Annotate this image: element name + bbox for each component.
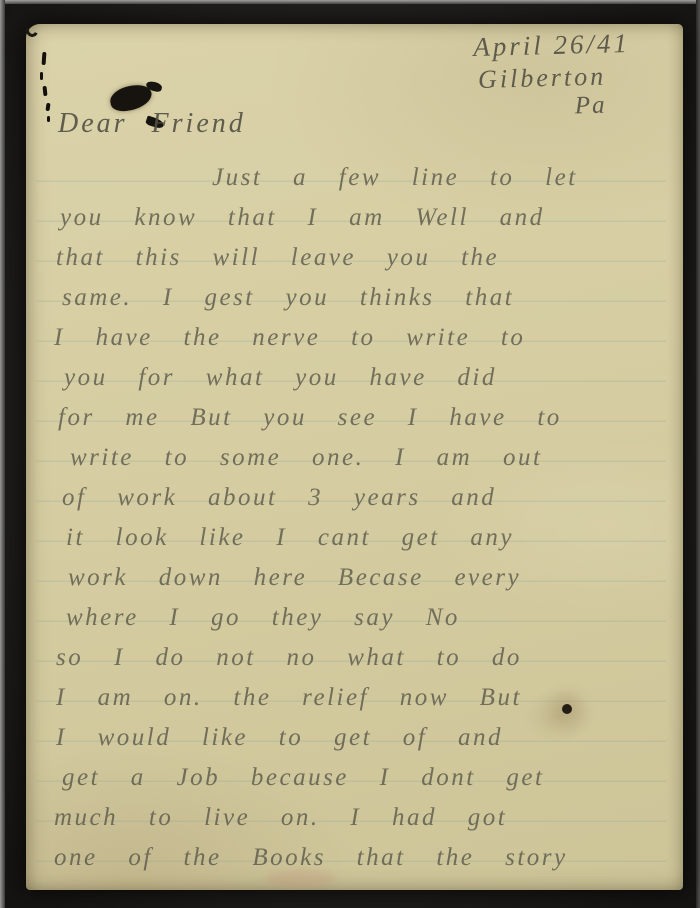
- letter-line: write to some one. I am out: [70, 438, 654, 478]
- scan-edge-right: [696, 0, 700, 908]
- letter-line: I am on. the relief now But: [56, 678, 654, 718]
- edge-tear-mark: [47, 116, 50, 122]
- letter-line: I have the nerve to write to: [54, 318, 654, 358]
- letter-state: Pa: [575, 91, 632, 120]
- edge-tear-mark: [42, 52, 47, 65]
- scan-edge-left: [0, 0, 5, 908]
- letter-line: one of the Books that the story: [54, 838, 654, 878]
- letter-line: you know that I am Well and: [60, 198, 654, 238]
- letter-line: where I go they say No: [66, 598, 654, 638]
- letter-line: Just a few line to let: [54, 158, 654, 198]
- ink-mark: [24, 22, 40, 38]
- letter-line: I would like to get of and: [56, 718, 654, 758]
- letter-line: that this will leave you the: [56, 238, 654, 278]
- letter-line: it look like I cant get any: [66, 518, 654, 558]
- letter-salutation: Dear Friend: [58, 108, 246, 140]
- edge-tear-mark: [42, 86, 47, 96]
- letter-date: April 26/41: [473, 28, 631, 63]
- letter-line: of work about 3 years and: [62, 478, 654, 518]
- letter-line: much to live on. I had got: [54, 798, 654, 838]
- letter-paper: April 26/41 Gilberton Pa Dear Friend Jus…: [26, 24, 683, 890]
- edge-tear-mark: [40, 72, 43, 80]
- letter-body: Just a few line to let you know that I a…: [54, 158, 654, 878]
- letter-line: get a Job because I dont get: [62, 758, 654, 798]
- letter-line: work down here Becase every: [68, 558, 654, 598]
- letter-line: for me But you see I have to: [58, 398, 654, 438]
- letter-line: you for what you have did: [64, 358, 654, 398]
- edge-tear-mark: [45, 103, 50, 111]
- letter-line: so I do not no what to do: [56, 638, 654, 678]
- letter-heading: April 26/41 Gilberton Pa: [473, 28, 632, 123]
- paper-hole-fragment: [145, 80, 163, 93]
- scanned-letter-image: April 26/41 Gilberton Pa Dear Friend Jus…: [0, 0, 700, 908]
- letter-line: same. I gest you thinks that: [62, 278, 654, 318]
- scan-edge-top: [0, 0, 700, 4]
- letter-place: Gilberton: [478, 61, 631, 95]
